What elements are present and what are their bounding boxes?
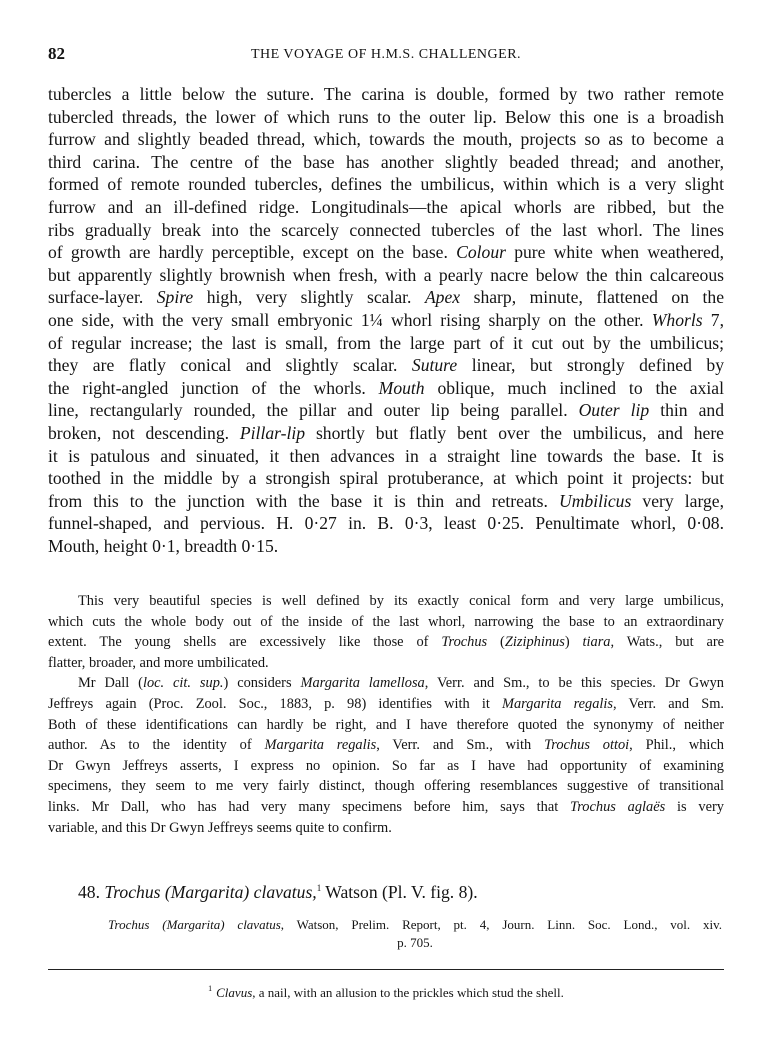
text-line: ribs gradually break into the scarcely c… (48, 219, 724, 242)
text-run: high, very slightly scalar. (193, 287, 425, 307)
text-line: but apparently slightly brownish when fr… (48, 264, 724, 287)
text-run: from this to the junction with the base … (48, 491, 559, 511)
text-run: thin and (649, 400, 724, 420)
species-genus: Trochus (104, 882, 160, 902)
italic-term: Margarita lamellosa (300, 675, 424, 691)
text-run: Dr Gwyn Jeffreys asserts, I express no o… (48, 758, 724, 774)
text-run: extent. The young shells are excessively… (48, 634, 441, 650)
footnote-divider (48, 969, 724, 970)
footnote-marker: 1 (208, 984, 212, 993)
text-run: toothed in the middle by a strongish spi… (48, 468, 724, 488)
italic-term: Suture (412, 355, 457, 375)
text-run: shortly but flatly bent over the umbilic… (305, 423, 724, 443)
text-run: Mr Dall ( (78, 675, 143, 691)
text-run: surface-layer. (48, 287, 157, 307)
synonymy-reference: , Watson, Prelim. Report, pt. 4, Journ. … (281, 917, 722, 932)
text-line: Jeffreys again (Proc. Zool. Soc., 1883, … (48, 694, 724, 715)
text-run: they are flatly conical and slightly sca… (48, 355, 412, 375)
text-run: variable, and this Dr Gwyn Jeffreys seem… (48, 820, 392, 836)
text-run: ( (487, 634, 505, 650)
species-author: Watson (Pl. V. fig. 8). (321, 882, 477, 902)
text-line: third carina. The centre of the base has… (48, 151, 724, 174)
text-line: tubercled threads, the lower of which ru… (48, 106, 724, 129)
text-line: from this to the junction with the base … (48, 490, 724, 513)
document-page: 82 THE VOYAGE OF H.M.S. CHALLENGER. tube… (0, 0, 776, 1050)
text-run: pure white when weathered, (506, 242, 724, 262)
text-line: This very beautiful species is well defi… (48, 591, 724, 612)
text-line: the right-angled junction of the whorls.… (48, 377, 724, 400)
text-run: , Verr. and Sm., to be this species. Dr … (425, 675, 724, 691)
text-run: Both of these identifications can hardly… (48, 717, 724, 733)
text-run: Mouth, height 0·1, breadth 0·15. (48, 536, 278, 556)
text-run: ribs gradually break into the scarcely c… (48, 220, 724, 240)
text-line: it is patulous and sinuated, it then adv… (48, 445, 724, 468)
text-run: , Phil., which (629, 737, 724, 753)
text-line: of regular increase; the last is small, … (48, 332, 724, 355)
text-run: flatter, broader, and more umbilicated. (48, 655, 269, 671)
text-run: sharp, minute, flattened on the (460, 287, 724, 307)
text-line: formed of remote rounded tubercles, defi… (48, 173, 724, 196)
text-run: specimens, they seem to me very fairly d… (48, 778, 724, 794)
text-line: surface-layer. Spire high, very slightly… (48, 286, 724, 309)
italic-term: Trochus aglaës (570, 799, 665, 815)
text-line: furrow and slightly beaded thread, which… (48, 128, 724, 151)
italic-term: Whorls (652, 310, 703, 330)
text-run: it is patulous and sinuated, it then adv… (48, 446, 724, 466)
text-run: 7, (703, 310, 724, 330)
text-line: which cuts the whole body out of the ins… (48, 612, 724, 633)
text-run: formed of remote rounded tubercles, defi… (48, 174, 724, 194)
italic-term: loc. cit. sup. (143, 675, 224, 691)
text-run: funnel-shaped, and pervious. H. 0·27 in.… (48, 513, 724, 533)
text-run: line, rectangularly rounded, the pillar … (48, 400, 579, 420)
text-run: one side, with the very small embryonic … (48, 310, 652, 330)
text-line: author. As to the identity of Margarita … (48, 735, 724, 756)
running-head: 82 THE VOYAGE OF H.M.S. CHALLENGER. (48, 44, 724, 68)
italic-term: Apex (425, 287, 460, 307)
italic-term: Margarita regalis (265, 737, 377, 753)
italic-term: Outer lip (579, 400, 650, 420)
text-line: flatter, broader, and more umbilicated. (48, 653, 724, 674)
text-run: but apparently slightly brownish when fr… (48, 265, 724, 285)
italic-term: tiara (583, 634, 611, 650)
text-run: very large, (631, 491, 724, 511)
text-run: ) (565, 634, 583, 650)
text-line: one side, with the very small embryonic … (48, 309, 724, 332)
text-line: extent. The young shells are excessively… (48, 632, 724, 653)
running-title: THE VOYAGE OF H.M.S. CHALLENGER. (48, 47, 724, 63)
species-description: tubercles a little below the suture. The… (48, 83, 724, 557)
footnote: 1Clavus, a nail, with an allusion to the… (48, 984, 724, 1001)
text-line: broken, not descending. Pillar-lip short… (48, 422, 724, 445)
text-line: they are flatly conical and slightly sca… (48, 354, 724, 377)
species-number: 48. (78, 882, 100, 902)
text-run: third carina. The centre of the base has… (48, 152, 724, 172)
text-line: Mr Dall (loc. cit. sup.) considers Marga… (48, 673, 724, 694)
text-line: toothed in the middle by a strongish spi… (48, 467, 724, 490)
text-line: Mouth, height 0·1, breadth 0·15. (48, 535, 724, 558)
text-run: This very beautiful species is well defi… (78, 593, 724, 609)
text-run: Jeffreys again (Proc. Zool. Soc., 1883, … (48, 696, 502, 712)
text-line: links. Mr Dall, who has had very many sp… (48, 797, 724, 818)
italic-term: Mouth (379, 378, 425, 398)
text-run: , Verr. and Sm. (613, 696, 724, 712)
species-remarks: This very beautiful species is well defi… (48, 591, 724, 838)
text-run: furrow and an ill-defined ridge. Longitu… (48, 197, 724, 217)
text-line: funnel-shaped, and pervious. H. 0·27 in.… (48, 512, 724, 535)
synonymy-line-1: Trochus (Margarita) clavatus, Watson, Pr… (108, 916, 722, 934)
text-run: which cuts the whole body out of the ins… (48, 614, 724, 630)
text-run: , Wats., but are (611, 634, 725, 650)
text-run: is very (665, 799, 724, 815)
text-run: furrow and slightly beaded thread, which… (48, 129, 724, 149)
italic-term: Trochus (441, 634, 487, 650)
species-epithet: clavatus, (254, 882, 317, 902)
species-heading: 48. Trochus (Margarita) clavatus,1 Watso… (78, 882, 738, 903)
text-run: , Verr. and Sm., with (376, 737, 544, 753)
text-line: tubercles a little below the suture. The… (48, 83, 724, 106)
italic-term: Pillar-lip (240, 423, 305, 443)
text-line: Both of these identifications can hardly… (48, 715, 724, 736)
text-run: tubercles a little below the suture. The… (48, 84, 724, 104)
footnote-text: , a nail, with an allusion to the prickl… (252, 985, 564, 1000)
text-run: tubercled threads, the lower of which ru… (48, 107, 724, 127)
text-run: oblique, much inclined to the axial (425, 378, 724, 398)
text-run: of regular increase; the last is small, … (48, 333, 724, 353)
text-line: Dr Gwyn Jeffreys asserts, I express no o… (48, 756, 724, 777)
text-run: broken, not descending. (48, 423, 240, 443)
text-line: line, rectangularly rounded, the pillar … (48, 399, 724, 422)
text-line: variable, and this Dr Gwyn Jeffreys seem… (48, 818, 724, 839)
text-run: of growth are hardly perceptible, except… (48, 242, 456, 262)
footnote-term: Clavus (216, 985, 252, 1000)
italic-term: Spire (157, 287, 194, 307)
text-line: of growth are hardly perceptible, except… (48, 241, 724, 264)
italic-term: Trochus ottoi (544, 737, 629, 753)
italic-term: Ziziphinus (505, 634, 565, 650)
synonymy-line-2: p. 705. (108, 934, 722, 952)
italic-term: Umbilicus (559, 491, 631, 511)
text-run: linear, but strongly defined by (457, 355, 724, 375)
text-run: the right-angled junction of the whorls. (48, 378, 379, 398)
text-run: ) considers (224, 675, 301, 691)
italic-term: Colour (456, 242, 506, 262)
species-subgenus: (Margarita) (165, 882, 249, 902)
text-line: furrow and an ill-defined ridge. Longitu… (48, 196, 724, 219)
text-line: specimens, they seem to me very fairly d… (48, 776, 724, 797)
text-run: author. As to the identity of (48, 737, 265, 753)
synonymy-citation: Trochus (Margarita) clavatus, Watson, Pr… (108, 916, 722, 952)
synonymy-name: Trochus (Margarita) clavatus (108, 917, 281, 932)
text-run: links. Mr Dall, who has had very many sp… (48, 799, 570, 815)
italic-term: Margarita regalis (502, 696, 613, 712)
